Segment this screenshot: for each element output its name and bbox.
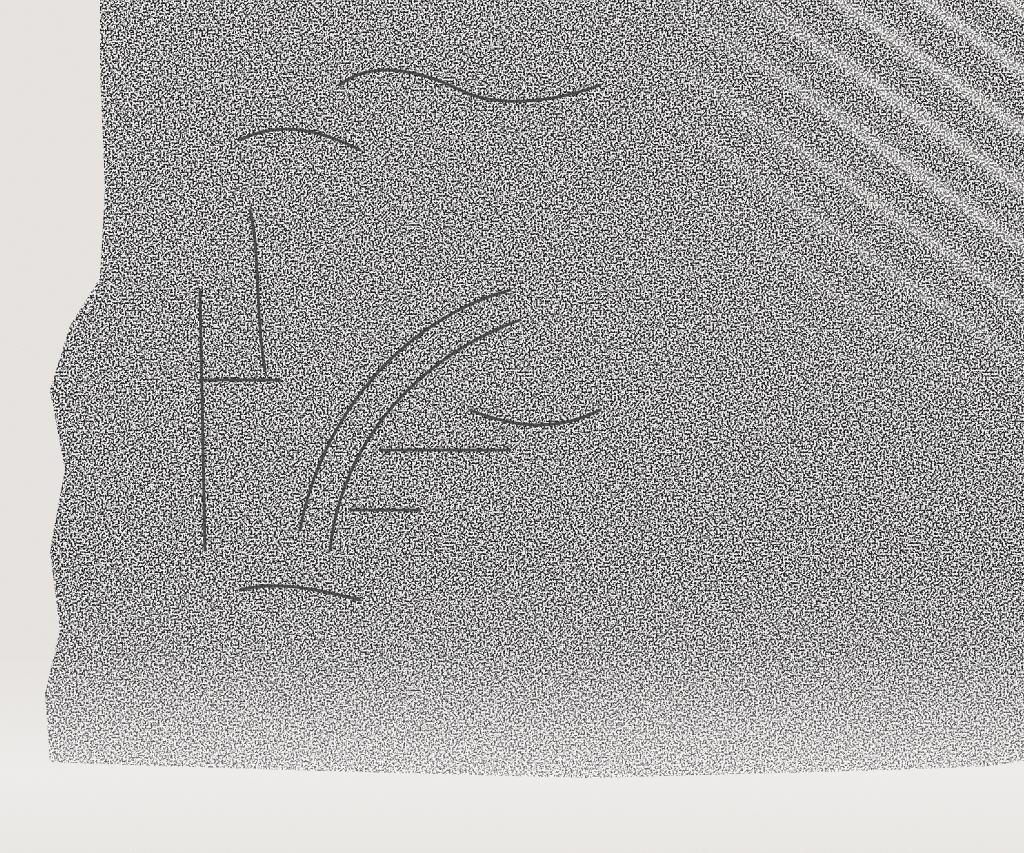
paper-background [0, 0, 1024, 853]
lower-print-fade [0, 653, 1024, 853]
